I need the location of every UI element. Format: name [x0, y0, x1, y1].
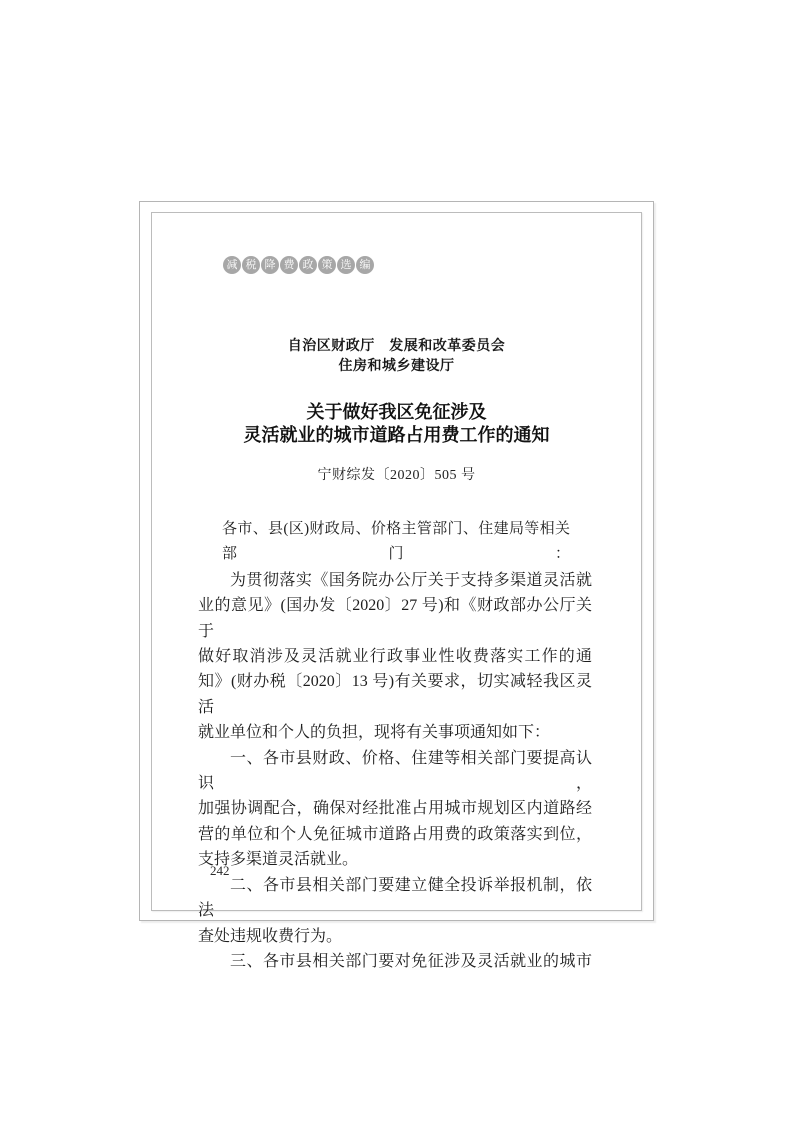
body-line: 加强协调配合，确保对经批准占用城市规划区内道路经	[198, 796, 592, 821]
body-line: 为贯彻落实《国务院办公厅关于支持多渠道灵活就	[198, 568, 592, 593]
badge-char-circle: 费	[280, 256, 298, 274]
badge-char-circle: 选	[337, 256, 355, 274]
badge-char-circle: 税	[242, 256, 260, 274]
body-line: 二、各市县相关部门要建立健全投诉举报机制，依法	[198, 873, 592, 924]
body-line: 知》(财办税〔2020〕13 号)有关要求，切实减轻我区灵活	[198, 669, 592, 720]
body-line: 支持多渠道灵活就业。	[198, 847, 592, 872]
body-line: 业的意见》(国办发〔2020〕27 号)和《财政部办公厅关于	[198, 593, 592, 644]
document-number: 宁财综发〔2020〕505 号	[152, 464, 641, 484]
page-frame-outer: 减 税 降 费 政 策 选 编 自治区财政厅 发展和改革委员会 住房和城乡建设厅…	[139, 201, 654, 921]
page-frame-inner: 减 税 降 费 政 策 选 编 自治区财政厅 发展和改革委员会 住房和城乡建设厅…	[151, 212, 642, 911]
badge-char-circle: 降	[261, 256, 279, 274]
body-line: 就业单位和个人的负担，现将有关事项通知如下：	[198, 720, 592, 745]
body-line: 一、各市县财政、价格、住建等相关部门要提高认识，	[198, 746, 592, 797]
series-badge: 减 税 降 费 政 策 选 编	[223, 256, 374, 274]
badge-char-circle: 减	[223, 256, 241, 274]
page-number: 242	[210, 863, 230, 879]
badge-char-circle: 策	[318, 256, 336, 274]
badge-char-circle: 政	[299, 256, 317, 274]
issuing-agency-line2: 住房和城乡建设厅	[152, 355, 641, 375]
body-text: 各市、县(区)财政局、价格主管部门、住建局等相关部门： 为贯彻落实《国务院办公厅…	[198, 517, 592, 974]
body-line: 营的单位和个人免征城市道路占用费的政策落实到位，	[198, 822, 592, 847]
document-page: 减 税 降 费 政 策 选 编 自治区财政厅 发展和改革委员会 住房和城乡建设厅…	[0, 0, 793, 1122]
body-line: 三、各市县相关部门要对免征涉及灵活就业的城市	[198, 949, 592, 974]
badge-char-circle: 编	[356, 256, 374, 274]
body-line: 做好取消涉及灵活就业行政事业性收费落实工作的通	[198, 644, 592, 669]
body-line: 查处违规收费行为。	[198, 924, 592, 949]
salutation-line: 各市、县(区)财政局、价格主管部门、住建局等相关部门：	[198, 517, 592, 568]
issuing-agency-line1: 自治区财政厅 发展和改革委员会	[152, 335, 641, 355]
document-title-line2: 灵活就业的城市道路占用费工作的通知	[152, 421, 641, 447]
